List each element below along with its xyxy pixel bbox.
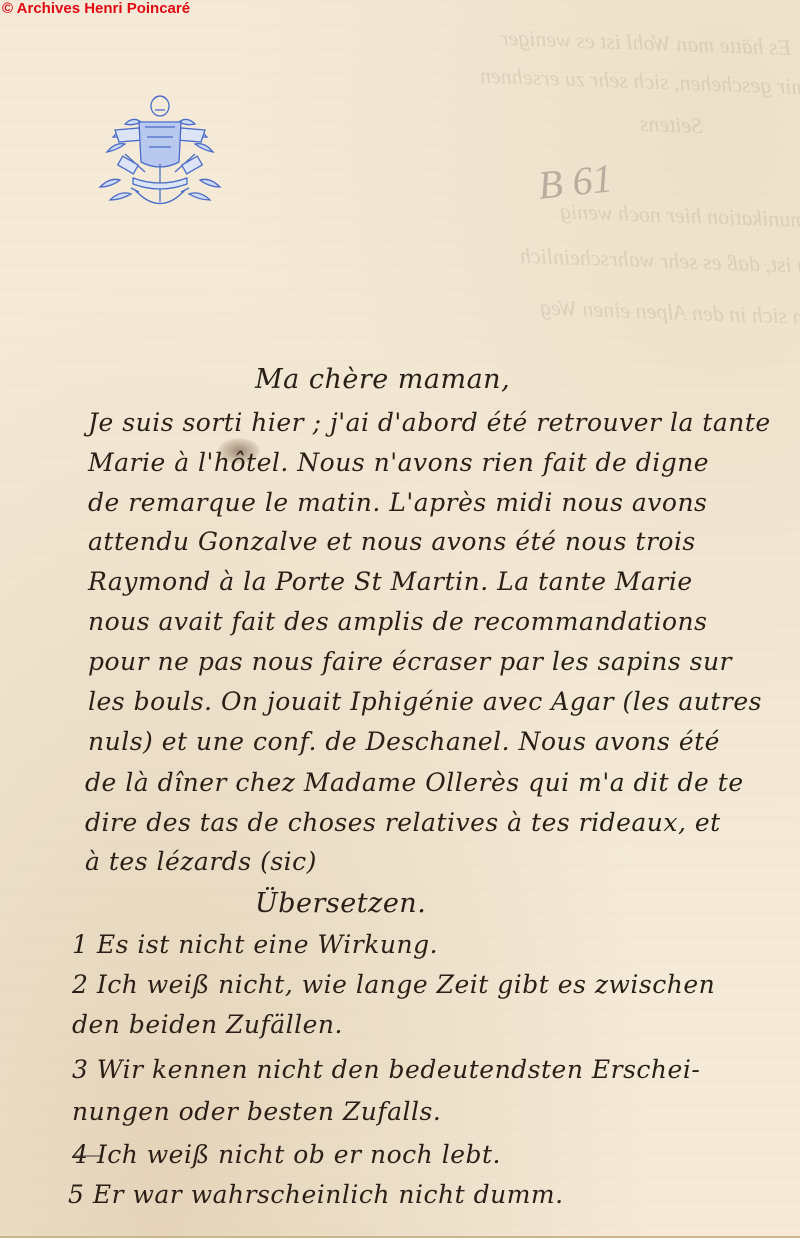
letter-line: nuls) et une conf. de Deschanel. Nous av… bbox=[88, 727, 720, 756]
bleed-through-text: Wenn die Kommunikation hier noch wenig bbox=[560, 198, 800, 237]
exercise-line: den beiden Zufällen. bbox=[72, 1010, 343, 1039]
exercise-heading: Übersetzen. bbox=[255, 888, 426, 919]
letter-page: Es hätte man Wohl ist es weniger Es würd… bbox=[0, 0, 800, 1238]
letter-line: de remarque le matin. L'après midi nous … bbox=[88, 488, 707, 517]
bleed-through-text: Es hätte man Wohl ist es weniger bbox=[500, 25, 792, 61]
bleed-through-text: Sehen sich in den Alpen einen Weg bbox=[540, 295, 800, 332]
bleed-through-text: Seitens bbox=[640, 111, 703, 139]
letter-line: à tes lézards (sic) bbox=[85, 847, 317, 876]
exercise-line: 5 Er war wahrscheinlich nicht dumm. bbox=[68, 1180, 564, 1209]
letter-line: de là dîner chez Madame Ollerès qui m'a … bbox=[85, 768, 744, 797]
archive-reference-mark: B 61 bbox=[536, 154, 615, 209]
coat-of-arms-crest bbox=[95, 92, 225, 217]
exercise-line: 1 Es ist nicht eine Wirkung. bbox=[72, 930, 438, 959]
exercise-line: 3 Wir kennen nicht den bedeutendsten Ers… bbox=[72, 1055, 700, 1084]
copyright-watermark: © Archives Henri Poincaré bbox=[2, 0, 190, 18]
bleed-through-text: Es würde mir geschehen, sich sehr zu ers… bbox=[480, 63, 800, 103]
letter-line: dire des tas de choses relatives à tes r… bbox=[85, 808, 721, 837]
letter-line: Je suis sorti hier ; j'ai d'abord été re… bbox=[88, 408, 771, 437]
bleed-through-text: aber es möglich ist, daß es sehr wahrsch… bbox=[520, 243, 800, 284]
letter-line: pour ne pas nous faire écraser par les s… bbox=[88, 647, 732, 676]
exercise-line: nungen oder besten Zufalls. bbox=[72, 1097, 441, 1126]
exercise-line: 4 Ich weiß nicht ob er noch lebt. bbox=[72, 1140, 501, 1169]
exercise-line: 2 Ich weiß nicht, wie lange Zeit gibt es… bbox=[72, 970, 715, 999]
letter-line: les bouls. On jouait Iphigénie avec Agar… bbox=[88, 687, 762, 716]
letter-line: Raymond à la Porte St Martin. La tante M… bbox=[88, 567, 693, 596]
letter-line: Marie à l'hôtel. Nous n'avons rien fait … bbox=[88, 448, 709, 477]
letter-line: nous avait fait des amplis de recommanda… bbox=[88, 607, 707, 636]
letter-salutation: Ma chère maman, bbox=[255, 364, 510, 395]
letter-line: attendu Gonzalve et nous avons été nous … bbox=[88, 527, 696, 556]
